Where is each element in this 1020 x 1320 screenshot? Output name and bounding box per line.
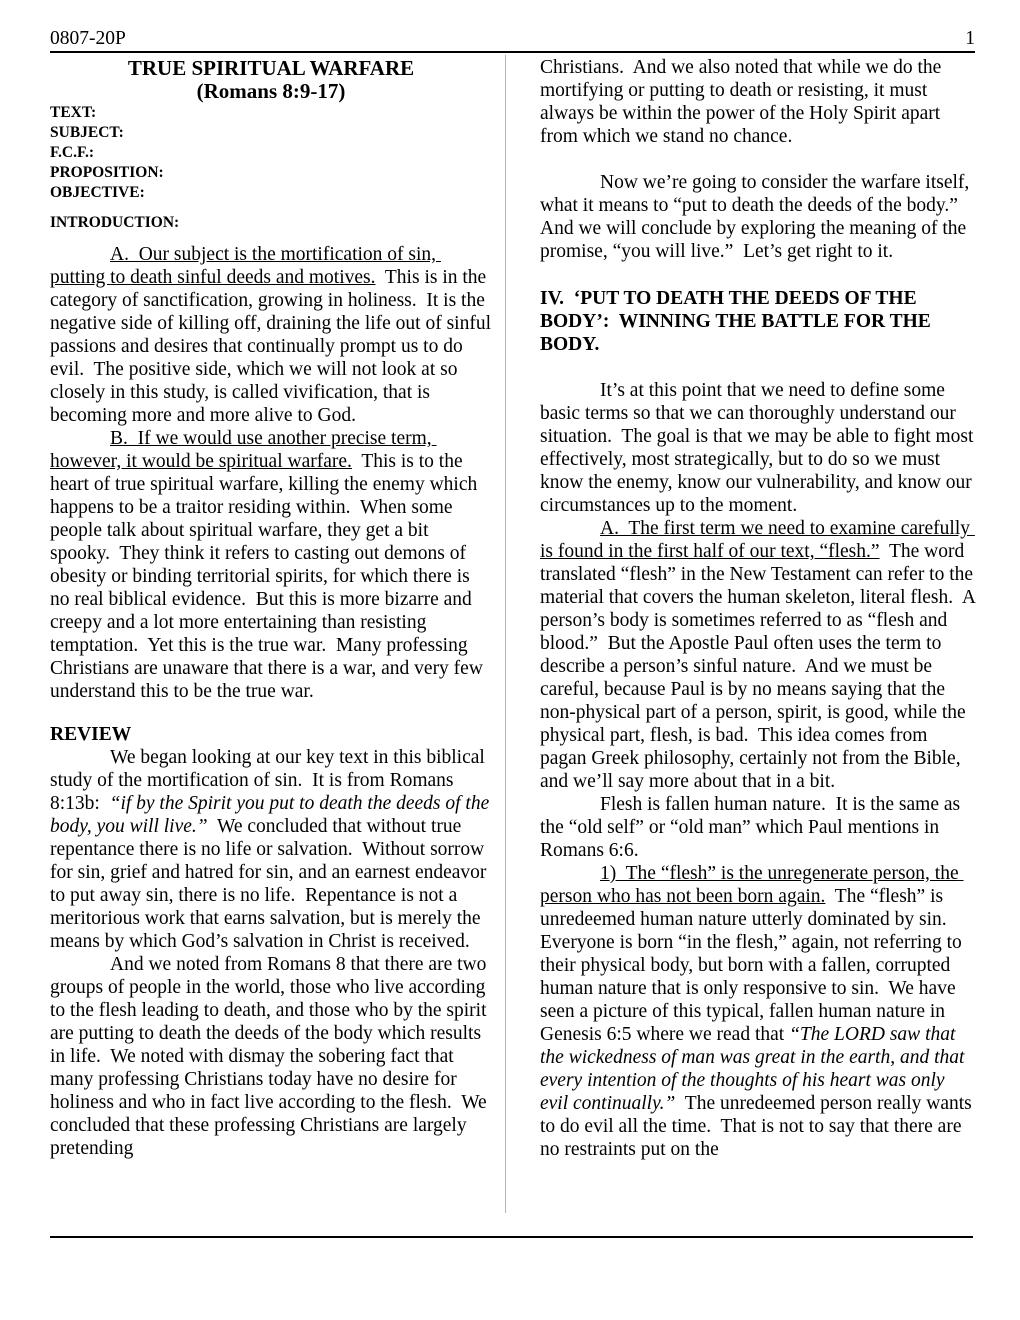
paragraph: Flesh is fallen human nature. It is the … (540, 793, 976, 862)
paragraph: We began looking at our key text in this… (50, 746, 492, 953)
page-header: 0807-20P 1 (50, 28, 975, 53)
section-heading: IV. ‘PUT TO DEATH THE DEEDS OF THE BODY’… (540, 287, 976, 356)
paragraph: Christians. And we also noted that while… (540, 56, 976, 148)
text-run: This is to the heart of true spiritual w… (50, 451, 488, 702)
text-run: Christians. And we also noted that while… (540, 57, 946, 147)
paragraph: And we noted from Romans 8 that there ar… (50, 953, 492, 1160)
text-run: And we noted from Romans 8 that there ar… (50, 954, 492, 1159)
text-run: It’s at this point that we need to defin… (540, 380, 978, 516)
text-columns: TRUE SPIRITUAL WARFARE(Romans 8:9-17)TEX… (50, 55, 976, 1161)
blank-line (50, 203, 492, 213)
field-label: OBJECTIVE: (50, 183, 492, 203)
document-id: 0807-20P (50, 28, 126, 50)
text-run: The word translated “flesh” in the New T… (540, 541, 980, 792)
text-run: This is in the category of sanctificatio… (50, 267, 496, 426)
blank-line (540, 148, 976, 171)
field-label: F.C.F.: (50, 143, 492, 163)
left-column: TRUE SPIRITUAL WARFARE(Romans 8:9-17)TEX… (50, 55, 492, 1161)
paragraph: Now we’re going to consider the warfare … (540, 171, 976, 263)
paragraph: B. If we would use another precise term,… (50, 427, 492, 703)
blank-line (540, 263, 976, 287)
section-heading: REVIEW (50, 723, 492, 746)
right-column: Christians. And we also noted that while… (540, 55, 976, 1161)
text-run: Now we’re going to consider the warfare … (540, 172, 974, 262)
sermon-title: (Romans 8:9-17) (50, 80, 492, 103)
field-label: SUBJECT: (50, 123, 492, 143)
paragraph: 1) The “flesh” is the unregenerate perso… (540, 862, 976, 1161)
field-label: TEXT: (50, 103, 492, 123)
paragraph: It’s at this point that we need to defin… (540, 379, 976, 517)
field-label: INTRODUCTION: (50, 213, 492, 233)
paragraph: A. Our subject is the mortification of s… (50, 243, 492, 427)
text-run: Flesh is fallen human nature. It is the … (540, 794, 965, 861)
footer-rule (50, 1236, 973, 1238)
sermon-title: TRUE SPIRITUAL WARFARE (50, 57, 492, 80)
field-label: PROPOSITION: (50, 163, 492, 183)
document-page: 0807-20P 1 TRUE SPIRITUAL WARFARE(Romans… (0, 0, 1020, 1320)
blank-line (50, 703, 492, 723)
page-number: 1 (965, 28, 975, 50)
text-run: The “flesh” is unredeemed human nature u… (540, 886, 967, 1045)
blank-line (540, 356, 976, 379)
paragraph: A. The first term we need to examine car… (540, 517, 976, 793)
